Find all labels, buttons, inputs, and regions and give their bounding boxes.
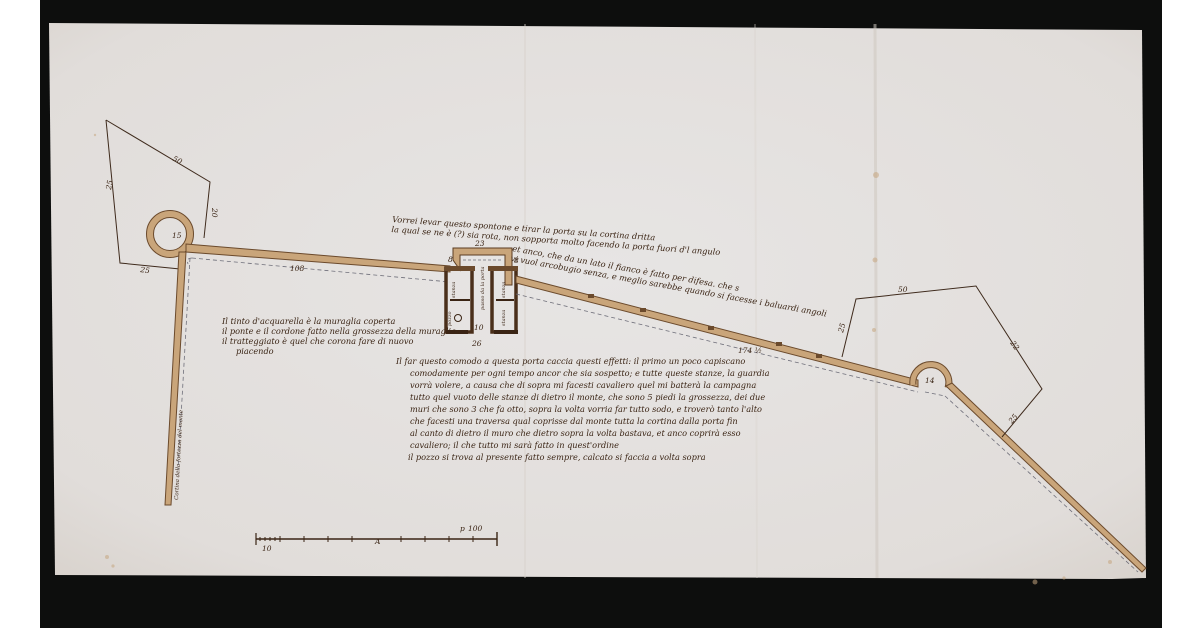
- left-polygon-left-label: 25: [104, 179, 115, 191]
- gate-well-label: pozzo: [447, 312, 453, 327]
- left-polygon-bottom-label: 25: [139, 265, 151, 275]
- gate-right-room-top-label: stanza: [501, 282, 507, 298]
- svg-text:Il far questo comodo a questa: Il far questo comodo a questa porta cacc…: [395, 356, 745, 366]
- svg-text:il pozzo si trova al presente: il pozzo si trova al presente fatto semp…: [408, 452, 706, 462]
- scale-mid-mark: A: [374, 537, 381, 546]
- gate-passage-label: passo da la porta: [480, 267, 486, 310]
- left-bastion-label: 15: [172, 231, 182, 240]
- gate-right-room-bottom-label: stanza: [501, 310, 507, 326]
- gate-left-room-label: stanza: [451, 282, 457, 298]
- right-curtain-length-label: 174 ½: [738, 346, 762, 355]
- scale-end-label: 100: [468, 524, 483, 533]
- svg-text:comodamente per ogni tempo anc: comodamente per ogni tempo ancor che sia…: [410, 368, 770, 378]
- svg-text:cavaliero; il che tutto mi sar: cavaliero; il che tutto mi sarà fatto in…: [410, 440, 619, 450]
- left-polygon-right-label: 20: [210, 207, 219, 218]
- right-bastion-label: 14: [925, 376, 935, 385]
- svg-text:al canto di dietro il muro che: al canto di dietro il muro che dietro so…: [410, 428, 741, 438]
- svg-text:vorrà volere, a causa che di s: vorrà volere, a causa che di sopra mi fa…: [410, 380, 756, 390]
- svg-text:piacendo: piacendo: [236, 346, 274, 356]
- right-polygon-top-label: 50: [898, 285, 908, 294]
- svg-text:il ponte e il cordone fatto ne: il ponte e il cordone fatto nella grosse…: [222, 326, 456, 336]
- svg-text:muri che sono 3 che fa otto, s: muri che sono 3 che fa otto, sopra la vo…: [410, 404, 762, 414]
- svg-text:Il tinto d'acquarella è la mur: Il tinto d'acquarella è la muraglia cope…: [221, 316, 395, 326]
- svg-text:che facesti una traversa qual: che facesti una traversa qual coprisse d…: [410, 416, 738, 426]
- fold-line: [875, 24, 877, 578]
- svg-text:tutto quel vuoto delle stanze: tutto quel vuoto delle stanze di dietro …: [410, 392, 765, 402]
- scale-unit-prefix: p: [460, 524, 465, 533]
- gate-left-label: 8: [448, 255, 453, 264]
- svg-text:il tratteggiato è quel che cor: il tratteggiato è quel che corona fare d…: [222, 336, 413, 346]
- gate-bottom-label: 26: [471, 339, 482, 348]
- scale-start-label: 10: [262, 544, 272, 553]
- manuscript-sheet: 10 A p 100 50 25 20 25 15 108 23 8 8 26 …: [49, 22, 1161, 600]
- gate-inner-label: 10: [474, 323, 484, 332]
- left-curtain-length-label: 108: [290, 264, 305, 273]
